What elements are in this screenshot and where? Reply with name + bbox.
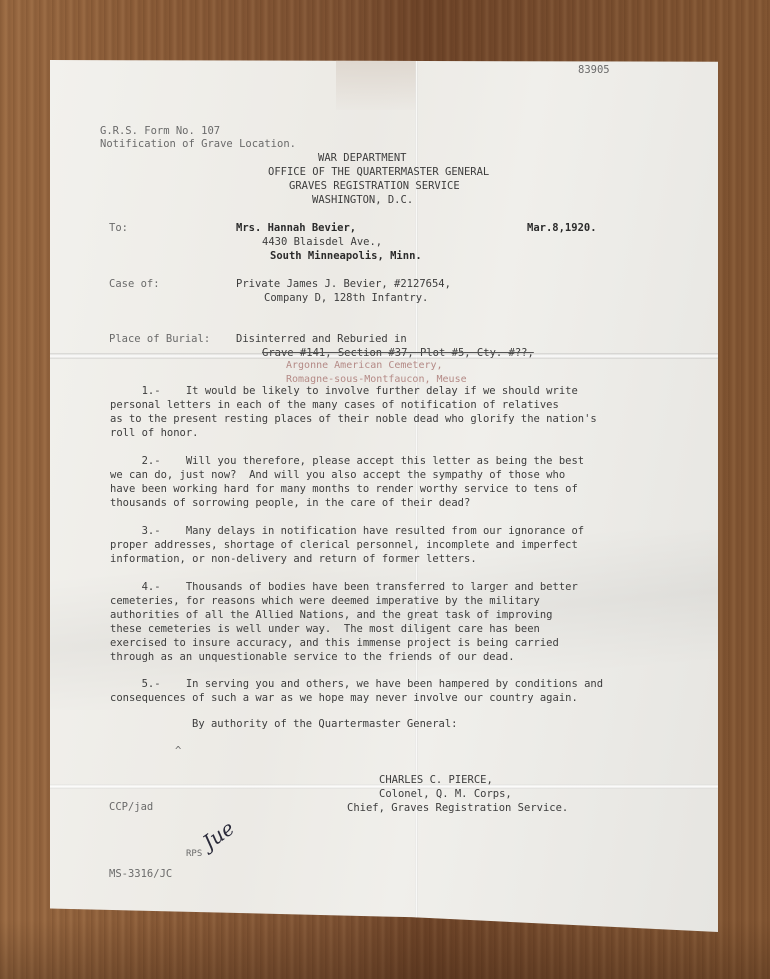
letterhead-line: WASHINGTON, D.C.: [312, 193, 413, 207]
paragraph-line: personal letters in each of the many cas…: [110, 398, 559, 412]
paragraph-line: through as an unquestionable service to …: [110, 650, 515, 664]
paragraph-line: exercised to insure accuracy, and this i…: [110, 636, 559, 650]
letter-date: Mar.8,1920.: [527, 221, 597, 235]
cemetery-line: Argonne American Cemetery,: [286, 359, 443, 373]
authority-line: By authority of the Quartermaster Genera…: [192, 717, 458, 731]
paragraph-line: 2.- Will you therefore, please accept th…: [110, 454, 584, 468]
typist-initials: CCP/jad: [109, 800, 153, 814]
stamp-initials: RPS: [186, 847, 202, 861]
burial-label: Place of Burial:: [109, 332, 210, 346]
paragraph-line: roll of honor.: [110, 426, 199, 440]
paragraph-line: information, or non-delivery and return …: [110, 552, 477, 566]
paragraph-line: proper addresses, shortage of clerical p…: [110, 538, 578, 552]
recipient-line: Mrs. Hannah Bevier,: [236, 221, 356, 235]
paragraph-line: have been working hard for many months t…: [110, 482, 578, 496]
case-label: Case of:: [109, 277, 160, 291]
paragraph-line: these cemeteries is well under way. The …: [110, 622, 540, 636]
to-label: To:: [109, 221, 128, 235]
file-number: 83905: [578, 63, 610, 77]
paragraph-line: cemeteries, for reasons which were deeme…: [110, 594, 540, 608]
caret-mark: ^: [175, 744, 181, 758]
handwritten-initials: Jue: [201, 820, 236, 850]
form-title: Notification of Grave Location.: [100, 137, 296, 151]
letterhead-line: OFFICE OF THE QUARTERMASTER GENERAL: [268, 165, 489, 179]
signatory-line: Colonel, Q. M. Corps,: [379, 787, 512, 801]
paragraph-line: as to the present resting places of thei…: [110, 412, 597, 426]
paragraph-line: consequences of such a war as we hope ma…: [110, 691, 578, 705]
signatory-line: CHARLES C. PIERCE,: [379, 773, 493, 787]
paragraph-line: we can do, just now? And will you also a…: [110, 468, 565, 482]
signatory-line: Chief, Graves Registration Service.: [347, 801, 568, 815]
tape-residue: [336, 60, 416, 110]
paragraph-line: authorities of all the Allied Nations, a…: [110, 608, 553, 622]
paragraph-line: 1.- It would be likely to involve furthe…: [110, 384, 578, 398]
burial-line: Disinterred and Reburied in: [236, 332, 407, 346]
case-line: Company D, 128th Infantry.: [264, 291, 428, 305]
letterhead-line: WAR DEPARTMENT: [318, 151, 407, 165]
paragraph-line: 3.- Many delays in notification have res…: [110, 524, 584, 538]
recipient-line: South Minneapolis, Minn.: [270, 249, 422, 263]
paragraph-line: thousands of sorrowing people, in the ca…: [110, 496, 470, 510]
letterhead-line: GRAVES REGISTRATION SERVICE: [289, 179, 460, 193]
letter-paper: 83905 G.R.S. Form No. 107 Notification o…: [50, 60, 718, 932]
case-line: Private James J. Bevier, #2127654,: [236, 277, 451, 291]
paragraph-line: 4.- Thousands of bodies have been transf…: [110, 580, 578, 594]
burial-line: Grave #141, Section #37, Plot #5, Cty. #…: [262, 346, 534, 360]
reference-code: MS-3316/JC: [109, 867, 172, 881]
form-id: G.R.S. Form No. 107: [100, 124, 220, 138]
recipient-line: 4430 Blaisdel Ave.,: [262, 235, 382, 249]
paragraph-line: 5.- In serving you and others, we have b…: [110, 677, 603, 691]
